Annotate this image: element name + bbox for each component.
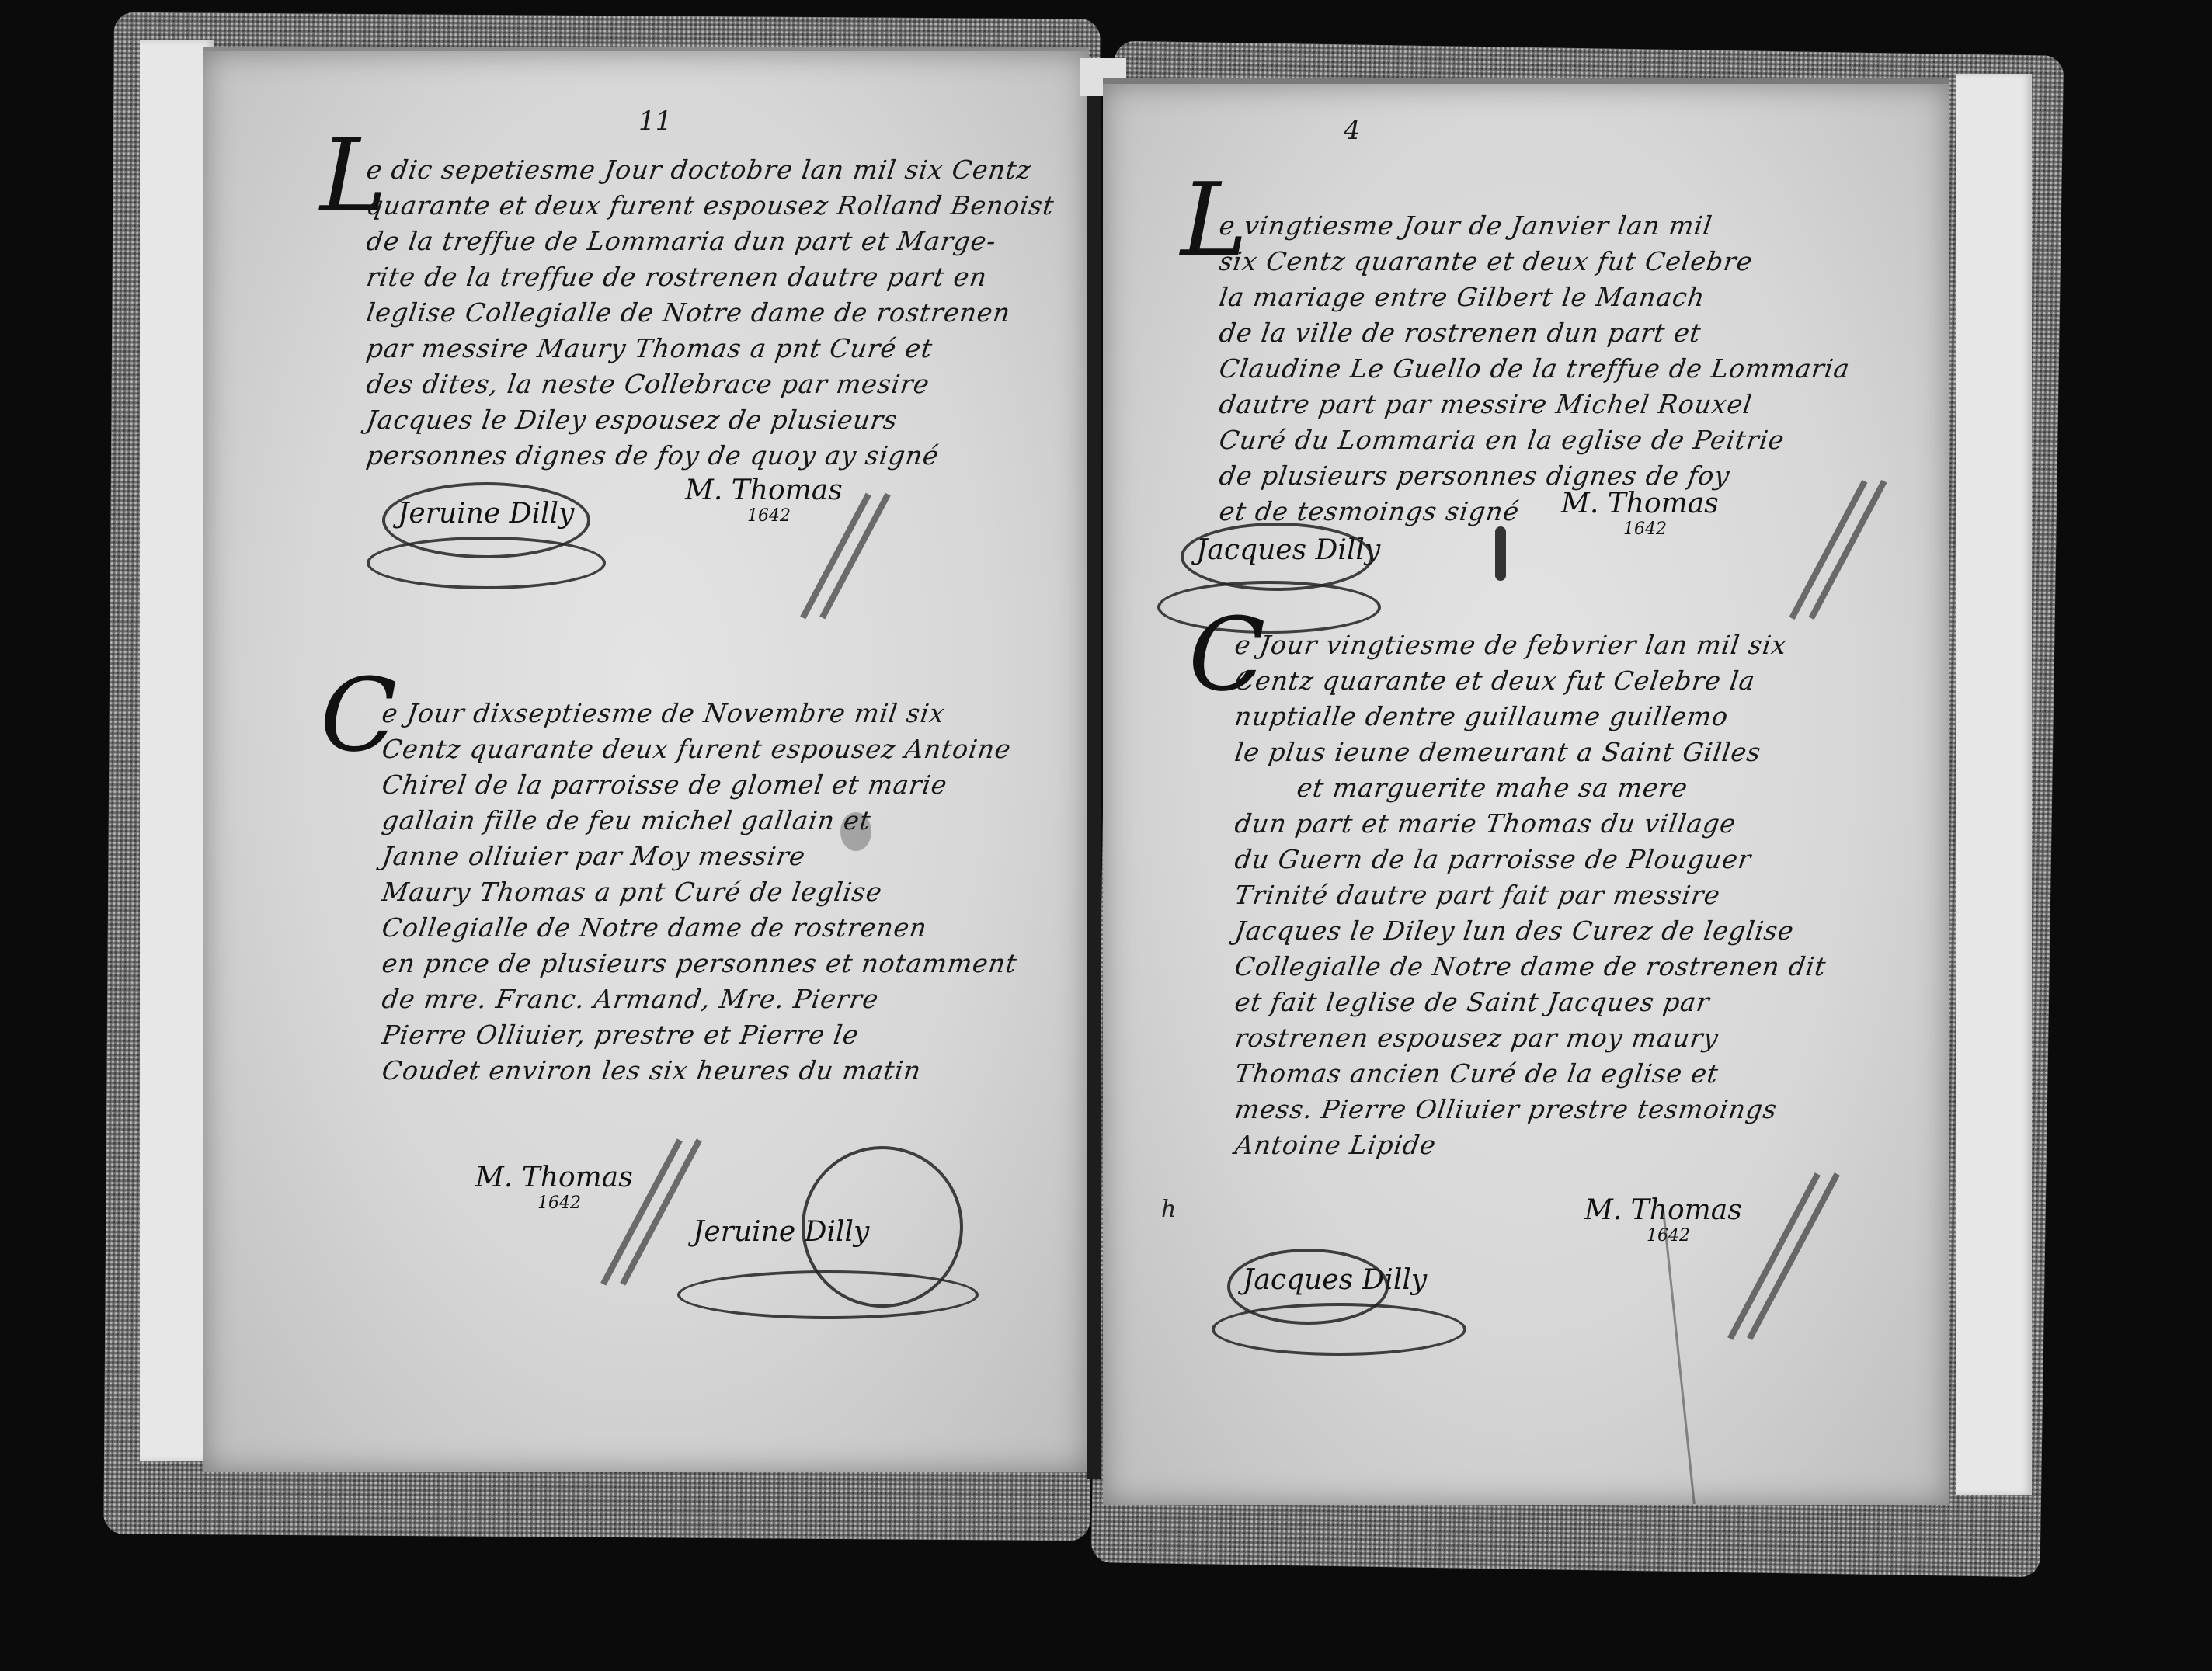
entry-line: Collegialle de Notre dame de rostrenen d… bbox=[1233, 949, 1829, 985]
entry-line: Pierre Olliuier, prestre et Pierre le bbox=[380, 1017, 1020, 1053]
entry-2: e Jour vingtiesme de febvrier lan mil si… bbox=[1235, 627, 1826, 1163]
signature-witness: Jacques Dilly bbox=[1196, 534, 1380, 566]
entry-line: Trinité dautre part fait par messire bbox=[1233, 877, 1829, 913]
entry-line: Jacques le Diley espousez de plusieurs bbox=[364, 402, 1057, 438]
entry-line: des dites, la neste Collebrace par mesir… bbox=[364, 367, 1057, 402]
ink-blot bbox=[1495, 526, 1506, 581]
signature-witness: Jeruine Dilly bbox=[398, 498, 574, 530]
entry-line: rostrenen espousez par moy maury bbox=[1233, 1020, 1829, 1056]
entry-line: Chirel de la parroisse de glomel et mari… bbox=[380, 767, 1020, 803]
entry-line: Antoine Lipide bbox=[1233, 1127, 1829, 1163]
paper-guard-left bbox=[140, 40, 214, 1461]
entry-line: et marguerite mahe sa mere bbox=[1295, 770, 1829, 806]
paraph-stroke bbox=[1747, 1172, 1840, 1340]
right-page: 4 L e vingtiesme Jour de Janvier lan mil… bbox=[1103, 78, 1949, 1505]
entry-line: e Jour vingtiesme de febvrier lan mil si… bbox=[1233, 627, 1829, 663]
entry-line: gallain fille de feu michel gallain et bbox=[380, 803, 1020, 839]
entry-line: six Centz quarante et deux fut Celebre bbox=[1217, 244, 1852, 280]
entry-line: quarante et deux furent espousez Rolland… bbox=[364, 188, 1057, 224]
entry-line: rite de la treffue de rostrenen dautre p… bbox=[364, 259, 1057, 295]
entry-line: de plusieurs personnes dignes de foy bbox=[1217, 458, 1852, 494]
paper-crease bbox=[1662, 1211, 1696, 1504]
entry-line: e dic sepetiesme Jour doctobre lan mil s… bbox=[364, 152, 1057, 188]
entry-line: Curé du Lommaria en la eglise de Peitrie bbox=[1217, 422, 1852, 458]
folio-number: 11 bbox=[638, 106, 672, 137]
signature-flourish bbox=[677, 1270, 979, 1319]
entry-line: Janne olliuier par Moy messire bbox=[380, 839, 1020, 874]
entry-line: Centz quarante deux furent espousez Anto… bbox=[380, 731, 1020, 767]
entry-line: de mre. Franc. Armand, Mre. Pierre bbox=[380, 981, 1020, 1017]
signature-priest: M. Thomas 1642 bbox=[475, 1162, 633, 1213]
entry-line: et fait leglise de Saint Jacques par bbox=[1233, 985, 1829, 1020]
entry-line: en pnce de plusieurs personnes et notamm… bbox=[380, 946, 1020, 981]
entry-line: Centz quarante et deux fut Celebre la bbox=[1233, 663, 1829, 699]
entry-line: nuptialle dentre guillaume guillemo bbox=[1233, 699, 1829, 735]
entry-line: Maury Thomas a pnt Curé de leglise bbox=[380, 874, 1020, 910]
entry-line: personnes dignes de foy de quoy ay signé bbox=[364, 438, 1057, 474]
book-spine-gutter bbox=[1087, 82, 1101, 1479]
entry-line: leglise Collegialle de Notre dame de ros… bbox=[364, 295, 1057, 331]
entry-line: de la treffue de Lommaria dun part et Ma… bbox=[364, 224, 1057, 259]
signature-witness: Jeruine Dilly bbox=[693, 1216, 869, 1248]
signature-flourish bbox=[1212, 1303, 1466, 1356]
signature-flourish bbox=[367, 537, 606, 589]
entry-1: e vingtiesme Jour de Janvier lan mil six… bbox=[1219, 208, 1850, 530]
left-page: 11 L e dic sepetiesme Jour doctobre lan … bbox=[203, 47, 1089, 1472]
entry-1: e dic sepetiesme Jour doctobre lan mil s… bbox=[367, 152, 1054, 474]
entry-line: par messire Maury Thomas a pnt Curé et bbox=[364, 331, 1057, 367]
paper-guard-right bbox=[1956, 74, 2032, 1495]
entry-line: e Jour dixseptiesme de Novembre mil six bbox=[380, 696, 1020, 731]
entry-line: dun part et marie Thomas du village bbox=[1233, 806, 1829, 842]
signature-priest: M. Thomas 1642 bbox=[685, 474, 843, 526]
entry-line: du Guern de la parroisse de Plouguer bbox=[1233, 842, 1829, 877]
entry-line: mess. Pierre Olliuier prestre tesmoings bbox=[1233, 1092, 1829, 1127]
register-scan: 11 L e dic sepetiesme Jour doctobre lan … bbox=[0, 0, 2212, 1671]
entry-line: Coudet environ les six heures du matin bbox=[380, 1053, 1020, 1089]
entry-line: e vingtiesme Jour de Janvier lan mil bbox=[1217, 208, 1852, 244]
margin-mark: h bbox=[1161, 1196, 1176, 1223]
entry-line: Collegialle de Notre dame de rostrenen bbox=[380, 910, 1020, 946]
signature-priest: M. Thomas 1642 bbox=[1561, 488, 1719, 539]
entry-line: de la ville de rostrenen dun part et bbox=[1217, 315, 1852, 351]
entry-line: la mariage entre Gilbert le Manach bbox=[1217, 280, 1852, 315]
signature-witness: Jacques Dilly bbox=[1243, 1264, 1427, 1296]
entry-line: Claudine Le Guello de la treffue de Lomm… bbox=[1217, 351, 1852, 387]
entry-line: dautre part par messire Michel Rouxel bbox=[1217, 387, 1852, 422]
entry-line: Thomas ancien Curé de la eglise et bbox=[1233, 1056, 1829, 1092]
entry-line: Jacques le Diley lun des Curez de leglis… bbox=[1233, 913, 1829, 949]
entry-line: le plus ieune demeurant a Saint Gilles bbox=[1233, 735, 1829, 770]
folio-number: 4 bbox=[1344, 115, 1361, 146]
entry-2: e Jour dixseptiesme de Novembre mil six … bbox=[382, 696, 1017, 1089]
